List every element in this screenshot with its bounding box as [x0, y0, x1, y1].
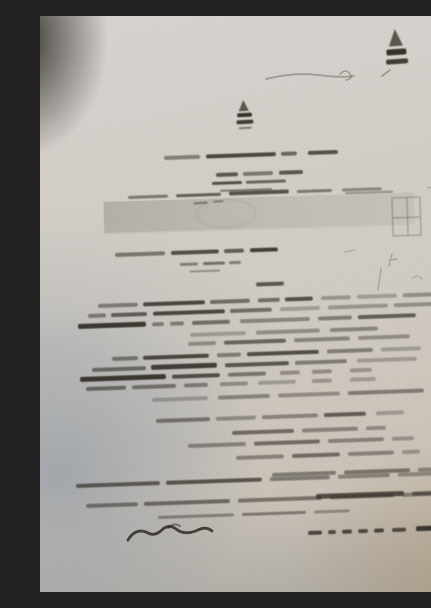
emblem-base-bar: [236, 120, 253, 125]
emblem-hull-bar: [236, 113, 251, 118]
emblem-sail: [388, 29, 403, 47]
emblem-hull-bar: [386, 48, 406, 55]
dhow-ship-emblem: [383, 28, 409, 65]
photographed-document: photographed paper letter: [40, 16, 431, 592]
table-grid-cell: [391, 197, 421, 237]
emblem-sail: [238, 100, 249, 112]
dhow-ship-emblem-small: [233, 99, 254, 129]
